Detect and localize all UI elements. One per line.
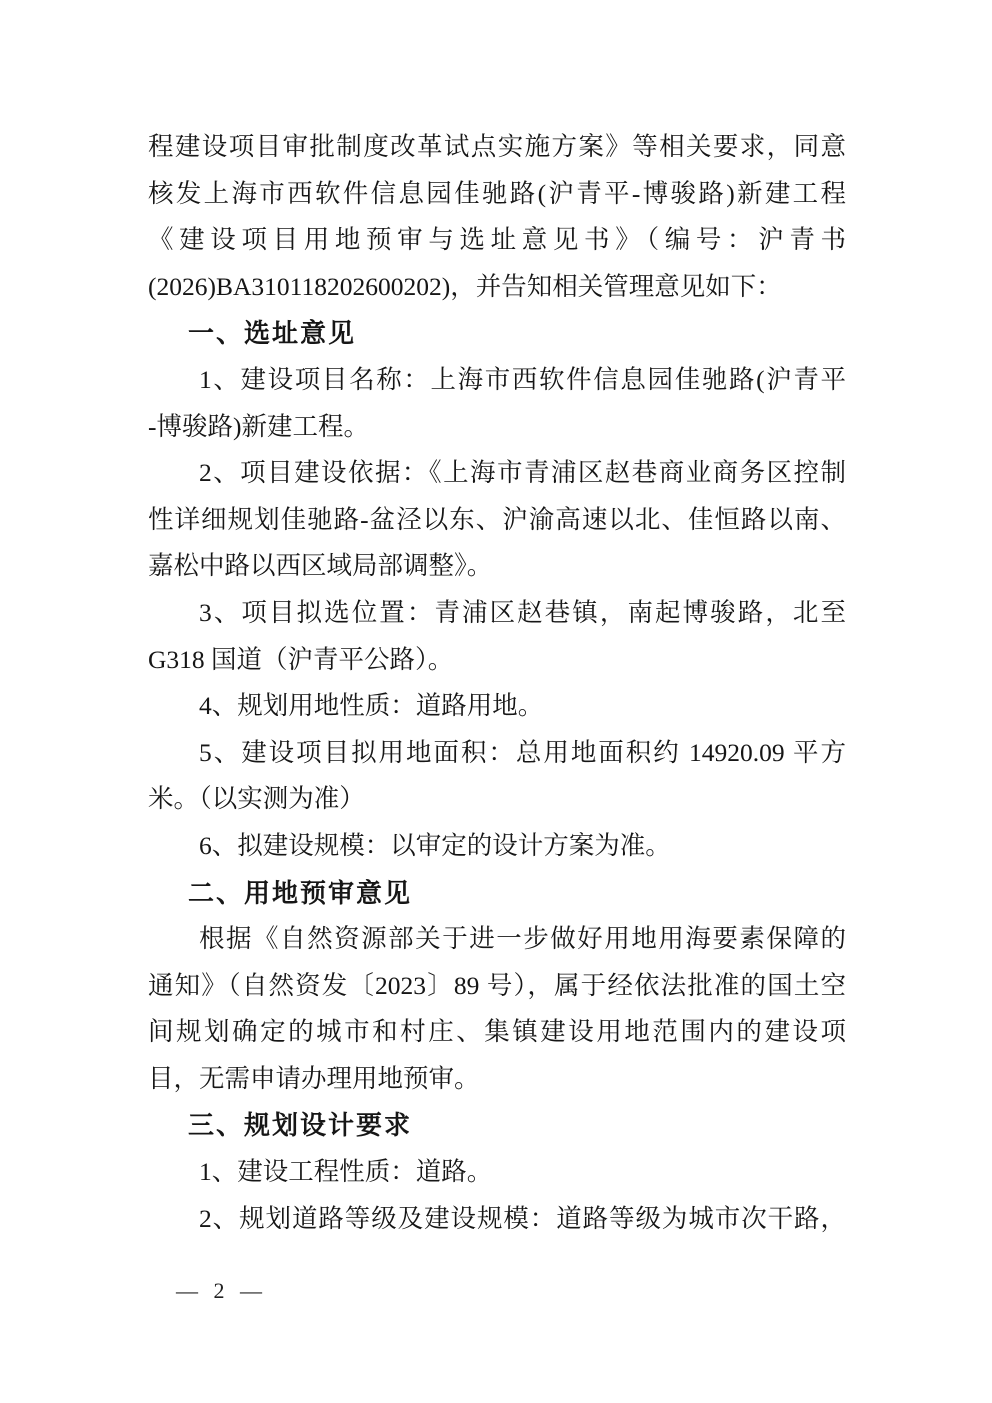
text-line: 通知》（自然资发〔2023〕89 号），属于经依法批准的国土空	[148, 963, 846, 1010]
text-line: 核发上海市西软件信息园佳驰路(沪青平-博骏路)新建工程	[148, 171, 846, 218]
text-line: 1、建设工程性质：道路。	[148, 1149, 846, 1196]
text-line: 间规划确定的城市和村庄、集镇建设用地范围内的建设项	[148, 1009, 846, 1056]
section-heading: 二、用地预审意见	[148, 870, 846, 917]
section-heading: 三、规划设计要求	[148, 1102, 846, 1149]
text-line: (2026)BA310118202600202)，并告知相关管理意见如下：	[148, 264, 846, 311]
text-line: 2、规划道路等级及建设规模：道路等级为城市次干路，	[148, 1196, 846, 1243]
document-body: 程建设项目审批制度改革试点实施方案》等相关要求，同意核发上海市西软件信息园佳驰路…	[148, 124, 846, 1242]
section-heading: 一、选址意见	[148, 310, 846, 357]
text-line: 程建设项目审批制度改革试点实施方案》等相关要求，同意	[148, 124, 846, 171]
text-line: 米。（以实测为准）	[148, 776, 846, 823]
text-line: 6、拟建设规模：以审定的设计方案为准。	[148, 823, 846, 870]
text-line: 性详细规划佳驰路-盆泾以东、沪渝高速以北、佳恒路以南、	[148, 497, 846, 544]
page-number: — 2 —	[176, 1278, 267, 1304]
text-line: 3、项目拟选位置：青浦区赵巷镇，南起博骏路，北至	[148, 590, 846, 637]
text-line: 2、项目建设依据：《上海市青浦区赵巷商业商务区控制	[148, 450, 846, 497]
text-line: G318 国道（沪青平公路）。	[148, 637, 846, 684]
text-line: 根据《自然资源部关于进一步做好用地用海要素保障的	[148, 916, 846, 963]
text-line: 5、建设项目拟用地面积：总用地面积约 14920.09 平方	[148, 730, 846, 777]
text-line: 嘉松中路以西区域局部调整》。	[148, 543, 846, 590]
text-line: 1、建设项目名称：上海市西软件信息园佳驰路(沪青平	[148, 357, 846, 404]
document-page: 程建设项目审批制度改革试点实施方案》等相关要求，同意核发上海市西软件信息园佳驰路…	[0, 0, 992, 1403]
text-line: -博骏路)新建工程。	[148, 404, 846, 451]
text-line: 《建设项目用地预审与选址意见书》（编号：沪青书	[148, 217, 846, 264]
text-line: 4、规划用地性质：道路用地。	[148, 683, 846, 730]
text-line: 目，无需申请办理用地预审。	[148, 1056, 846, 1103]
